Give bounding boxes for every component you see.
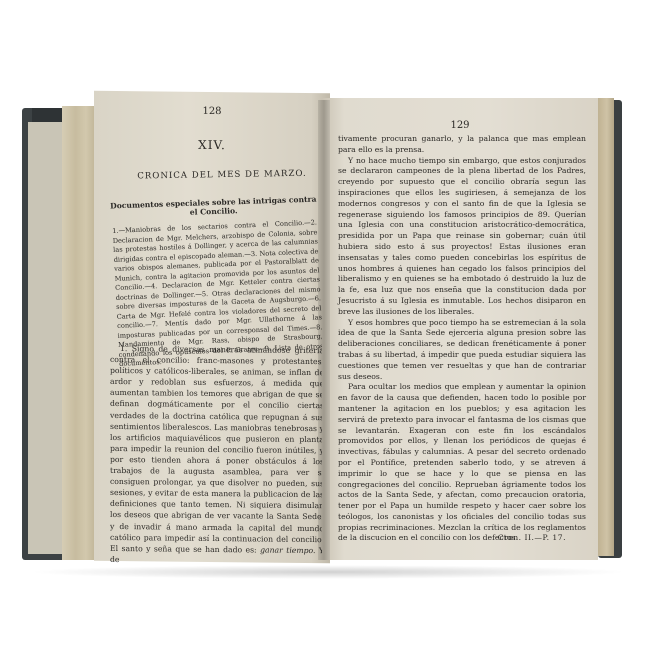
left-page-stack <box>62 106 96 560</box>
chapter-title: CRONICA DEL MES DE MARZO. <box>104 168 340 182</box>
right-paragraph: Y esos hombres que poco tiempo ha se est… <box>338 318 586 383</box>
chapter-subtitle: Documentos especiales sobre las intrigas… <box>106 194 322 219</box>
footer-signature: Cron. II.—P. 17. <box>498 533 566 542</box>
right-paragraph: tivamente procuran ganarlo, y la palanca… <box>338 134 586 156</box>
left-page: 128 XIV. CRONICA DEL MES DE MARZO. Docum… <box>94 91 330 563</box>
right-page-stack <box>596 98 614 556</box>
right-page: 129 tivamente procuran ganarlo, y la pal… <box>322 98 598 560</box>
right-paragraph: Y no hace mucho tiempo sin embargo, que … <box>338 156 586 318</box>
right-paragraph: Para ocultar los medios que emplean y au… <box>338 382 586 544</box>
book-shadow <box>28 565 628 579</box>
right-body-text: tivamente procuran ganarlo, y la palanca… <box>338 134 586 544</box>
book-gutter <box>318 100 330 560</box>
left-body-italic: ganar tiempo. <box>260 545 315 555</box>
left-body-text: 1. Signo de diversas maneras armándose g… <box>110 343 324 567</box>
chapter-number: XIV. <box>94 137 330 153</box>
left-body-paragraph: 1. Signo de diversas maneras armándose g… <box>110 344 324 554</box>
page-number-right: 129 <box>322 120 598 131</box>
left-endpaper <box>28 122 62 554</box>
page-number-left: 128 <box>94 105 330 118</box>
